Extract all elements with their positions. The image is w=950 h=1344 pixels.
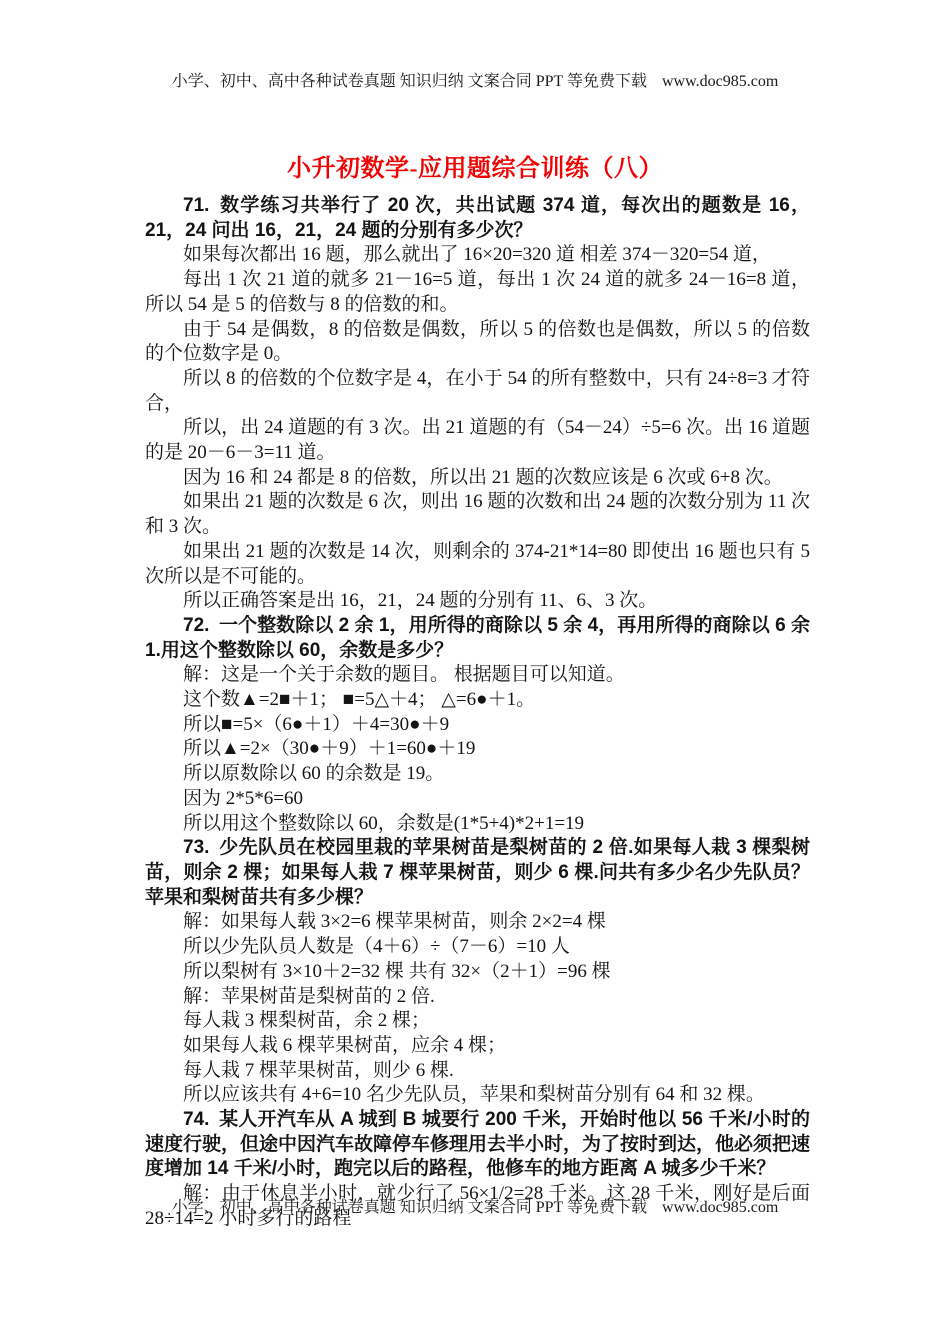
- document-paragraph-24: 每人栽 3 棵梨树苗，余 2 棵；: [145, 1009, 810, 1034]
- document-paragraph-2: 如果每次都出 16 题，那么就出了 16×20=320 道 相差 374－320…: [145, 243, 810, 268]
- footer-text: 小学、初中、高中各种试卷真题 知识归纳 文案合同 PPT 等免费下载: [172, 1199, 647, 1216]
- document-paragraph-9: 如果出 21 题的次数是 14 次，则剩余的 374-21*14=80 即使出 …: [145, 540, 810, 589]
- document-paragraph-26: 每人栽 7 棵苹果树苗，则少 6 棵.: [145, 1059, 810, 1084]
- document-paragraph-23: 解：苹果树苗是梨树苗的 2 倍.: [145, 985, 810, 1010]
- document-paragraph-18: 所以用这个整数除以 60，余数是(1*5+4)*2+1=19: [145, 812, 810, 837]
- document-paragraph-15: 所以▲=2×（30●＋9）＋1=60●＋19: [145, 737, 810, 762]
- document-paragraph-7: 因为 16 和 24 都是 8 的倍数，所以出 21 题的次数应该是 6 次或 …: [145, 466, 810, 491]
- document-paragraph-12: 解：这是一个关于余数的题目。 根据题目可以知道。: [145, 663, 810, 688]
- document-paragraph-3: 每出 1 次 21 道的就多 21－16=5 道，每出 1 次 24 道的就多 …: [145, 268, 810, 317]
- document-paragraph-25: 如果每人栽 6 棵苹果树苗，应余 4 棵；: [145, 1034, 810, 1059]
- document-paragraph-21: 所以少先队员人数是（4＋6）÷（7－6）=10 人: [145, 935, 810, 960]
- document-page: 小学、初中、高中各种试卷真题 知识归纳 文案合同 PPT 等免费下载www.do…: [0, 0, 950, 1344]
- document-paragraph-6: 所以，出 24 道题的有 3 次。出 21 道题的有（54－24）÷5=6 次。…: [145, 416, 810, 465]
- header-url: www.doc985.com: [662, 73, 778, 90]
- document-paragraph-10: 所以正确答案是出 16，21，24 题的分别有 11、6、3 次。: [145, 589, 810, 614]
- header-text: 小学、初中、高中各种试卷真题 知识归纳 文案合同 PPT 等免费下载: [172, 73, 647, 90]
- page-header: 小学、初中、高中各种试卷真题 知识归纳 文案合同 PPT 等免费下载www.do…: [0, 68, 950, 91]
- document-paragraph-8: 如果出 21 题的次数是 6 次，则出 16 题的次数和出 24 题的次数分别为…: [145, 490, 810, 539]
- document-paragraph-5: 所以 8 的倍数的个位数字是 4，在小于 54 的所有整数中，只有 24÷8=3…: [145, 367, 810, 416]
- document-title: 小升初数学-应用题综合训练（八）: [0, 148, 950, 183]
- document-paragraph-16: 所以原数除以 60 的余数是 19。: [145, 762, 810, 787]
- document-paragraph-27: 所以应该共有 4+6=10 名少先队员，苹果和梨树苗分别有 64 和 32 棵。: [145, 1083, 810, 1108]
- document-paragraph-11: 72. 一个整数除以 2 余 1，用所得的商除以 5 余 4，再用所得的商除以 …: [145, 614, 810, 663]
- document-paragraph-28: 74. 某人开汽车从 A 城到 B 城要行 200 千米，开始时他以 56 千米…: [145, 1108, 810, 1182]
- document-paragraph-4: 由于 54 是偶数，8 的倍数是偶数，所以 5 的倍数也是偶数，所以 5 的倍数…: [145, 318, 810, 367]
- document-paragraph-1: 71. 数学练习共举行了 20 次，共出试题 374 道，每次出的题数是 16，…: [145, 194, 810, 243]
- document-paragraph-20: 解：如果每人载 3×2=6 棵苹果树苗，则余 2×2=4 棵: [145, 910, 810, 935]
- document-paragraph-22: 所以梨树有 3×10＋2=32 棵 共有 32×（2＋1）=96 棵: [145, 960, 810, 985]
- page-footer: 小学、初中、高中各种试卷真题 知识归纳 文案合同 PPT 等免费下载www.do…: [0, 1194, 950, 1217]
- footer-url: www.doc985.com: [662, 1199, 778, 1216]
- document-paragraph-19: 73. 少先队员在校园里栽的苹果树苗是梨树苗的 2 倍.如果每人栽 3 棵梨树苗…: [145, 836, 810, 910]
- document-body: 71. 数学练习共举行了 20 次，共出试题 374 道，每次出的题数是 16，…: [145, 194, 810, 1232]
- document-paragraph-13: 这个数▲=2■＋1； ■=5△＋4； △=6●＋1。: [145, 688, 810, 713]
- document-paragraph-17: 因为 2*5*6=60: [145, 787, 810, 812]
- document-paragraph-14: 所以■=5×（6●＋1）＋4=30●＋9: [145, 713, 810, 738]
